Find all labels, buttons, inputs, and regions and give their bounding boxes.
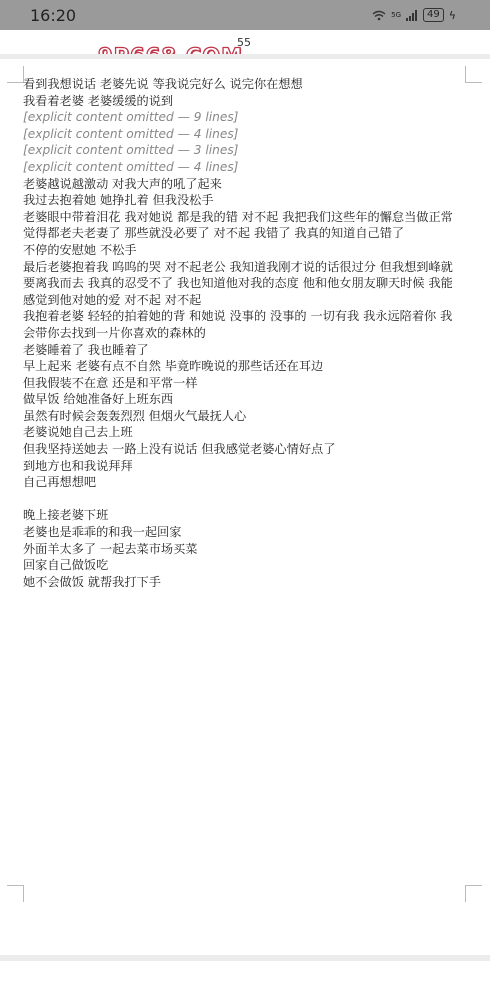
omitted-paragraph: [explicit content omitted — 3 lines] [23,142,463,159]
blank-line [23,491,463,508]
paragraph: 她不会做饭 就帮我打下手 [23,574,463,591]
paragraph: 我过去抱着她 她挣扎着 但我没松手 [23,192,463,209]
network-type: 5G [391,11,401,19]
wifi-icon [372,10,386,21]
paragraph: 看到我想说话 老婆先说 等我说完好么 说完你在想想 [23,76,463,93]
margin-corner-mark [7,66,24,83]
margin-corner-mark [465,885,482,902]
margin-corner-mark [7,885,24,902]
omitted-paragraph: [explicit content omitted — 9 lines] [23,109,463,126]
paragraph: 老婆眼中带着泪花 我对她说 都是我的错 对不起 我把我们这些年的懈怠当做正常 觉… [23,209,463,242]
paragraph: 虽然有时候会轰轰烈烈 但烟火气最抚人心 [23,408,463,425]
document-body: 看到我想说话 老婆先说 等我说完好么 说完你在想想我看着老婆 老婆缓缓的说到[e… [23,76,463,590]
omitted-paragraph: [explicit content omitted — 4 lines] [23,126,463,143]
charging-icon: ϟ [449,9,456,22]
page-separator [0,955,490,961]
battery-icon: 49 [423,8,444,22]
status-bar: 16:20 5G 49 ϟ [0,0,490,30]
paragraph: 晚上接老婆下班 [23,507,463,524]
paragraph: 老婆睡着了 我也睡着了 [23,342,463,359]
paragraph: 做早饭 给她准备好上班东西 [23,391,463,408]
paragraph: 最后老婆抱着我 呜呜的哭 对不起老公 我知道我刚才说的话很过分 但我想到峰就要离… [23,259,463,309]
paragraph: 不停的安慰她 不松手 [23,242,463,259]
paragraph: 老婆也是乖乖的和我一起回家 [23,524,463,541]
paragraph: 但我坚持送她去 一路上没有说话 但我感觉老婆心情好点了 [23,441,463,458]
paragraph: 老婆说她自己去上班 [23,424,463,441]
paragraph: 我看着老婆 老婆缓缓的说到 [23,93,463,110]
paragraph: 回家自己做饭吃 [23,557,463,574]
status-icons: 5G 49 ϟ [372,8,456,22]
status-time: 16:20 [30,6,76,25]
paragraph: 但我假装不在意 还是和平常一样 [23,375,463,392]
paragraph: 到地方也和我说拜拜 [23,458,463,475]
omitted-paragraph: [explicit content omitted — 4 lines] [23,159,463,176]
signal-icon [406,10,418,21]
margin-corner-mark [465,66,482,83]
page-header: 55 9P668.COM [0,30,490,52]
paragraph: 自己再想想吧 [23,474,463,491]
paragraph: 我抱着老婆 轻轻的拍着她的背 和她说 没事的 没事的 一切有我 我永远陪着你 我… [23,308,463,341]
paragraph: 老婆越说越激动 对我大声的吼了起来 [23,176,463,193]
paragraph: 早上起来 老婆有点不自然 毕竟昨晚说的那些话还在耳边 [23,358,463,375]
paragraph: 外面羊太多了 一起去菜市场买菜 [23,541,463,558]
